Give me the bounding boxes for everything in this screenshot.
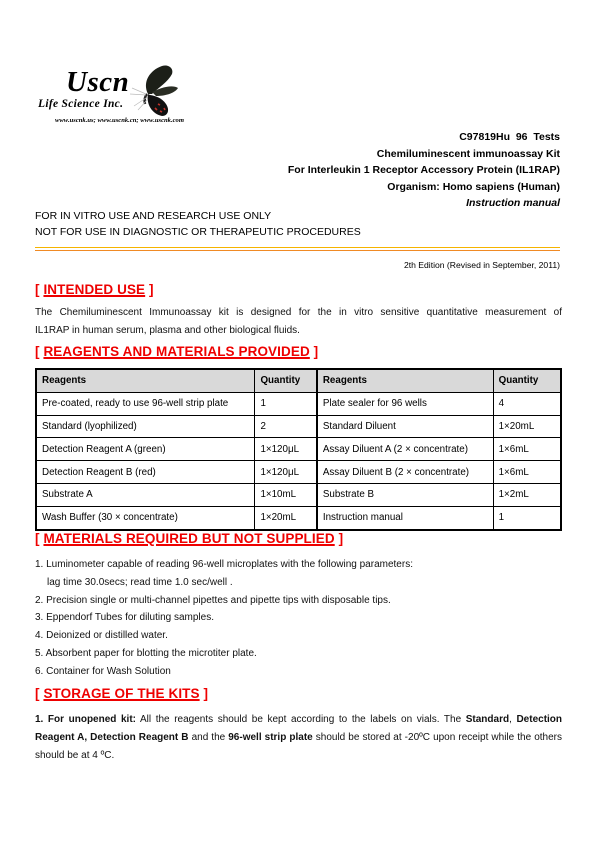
logo-wordmark: Uscn (66, 66, 129, 99)
quantity-cell: 1×20mL (255, 506, 317, 529)
table-header-row: Reagents Quantity Reagents Quantity (36, 369, 561, 392)
section-heading-materials: [ MATERIALS REQUIRED BUT NOT SUPPLIED ] (35, 531, 343, 546)
table-row: Detection Reagent A (green)1×120μLAssay … (36, 438, 561, 461)
logo-urls: www.uscnk.us; www.uscnk.cn; www.uscnk.co… (55, 117, 184, 124)
table-row: Wash Buffer (30 × concentrate)1×20mLInst… (36, 506, 561, 529)
divider-bottom (35, 250, 560, 251)
section-heading-reagents: [ REAGENTS AND MATERIALS PROVIDED ] (35, 344, 318, 359)
quantity-cell: 1×120μL (255, 461, 317, 484)
disclaimer: FOR IN VITRO USE AND RESEARCH USE ONLY N… (35, 209, 361, 240)
section-heading-intended-use: [ INTENDED USE ] (35, 282, 154, 297)
reagent-name-cell: Assay Diluent B (2 × concentrate) (317, 461, 493, 484)
logo-subtitle: Life Science Inc. (38, 98, 123, 110)
table-row: Detection Reagent B (red)1×120μLAssay Di… (36, 461, 561, 484)
reagent-name-cell: Pre-coated, ready to use 96-well strip p… (36, 392, 255, 415)
reagent-name-cell: Plate sealer for 96 wells (317, 392, 493, 415)
quantity-cell: 2 (255, 415, 317, 438)
reagents-table: Reagents Quantity Reagents Quantity Pre-… (35, 368, 562, 531)
reagent-name-cell: Detection Reagent B (red) (36, 461, 255, 484)
disclaimer-line-1: FOR IN VITRO USE AND RESEARCH USE ONLY (35, 209, 361, 225)
reagent-name-cell: Detection Reagent A (green) (36, 438, 255, 461)
list-item: 2. Precision single or multi-channel pip… (35, 592, 413, 610)
quantity-cell: 1 (493, 506, 561, 529)
quantity-cell: 1×10mL (255, 483, 317, 506)
disclaimer-line-2: NOT FOR USE IN DIAGNOSTIC OR THERAPEUTIC… (35, 225, 361, 241)
divider-top (35, 247, 560, 248)
reagent-name-cell: Standard Diluent (317, 415, 493, 438)
quantity-cell: 4 (493, 392, 561, 415)
reagent-name-cell: Instruction manual (317, 506, 493, 529)
table-row: Pre-coated, ready to use 96-well strip p… (36, 392, 561, 415)
kit-organism: Organism: Homo sapiens (Human) (288, 179, 560, 196)
section-heading-storage: [ STORAGE OF THE KITS ] (35, 686, 208, 701)
kit-type: Chemiluminescent immunoassay Kit (288, 146, 560, 163)
quantity-cell: 1×2mL (493, 483, 561, 506)
reagent-name-cell: Assay Diluent A (2 × concentrate) (317, 438, 493, 461)
table-row: Substrate A1×10mLSubstrate B1×2mL (36, 483, 561, 506)
reagent-name-cell: Wash Buffer (30 × concentrate) (36, 506, 255, 529)
list-item: 3. Eppendorf Tubes for diluting samples. (35, 609, 413, 627)
list-item: lag time 30.0secs; read time 1.0 sec/wel… (35, 574, 413, 592)
quantity-cell: 1×120μL (255, 438, 317, 461)
quantity-cell: 1×6mL (493, 461, 561, 484)
quantity-cell: 1×6mL (493, 438, 561, 461)
kit-header: C97819Hu 96 Tests Chemiluminescent immun… (288, 129, 560, 212)
column-header: Reagents (36, 369, 255, 392)
quantity-cell: 1×20mL (493, 415, 561, 438)
reagent-name-cell: Substrate B (317, 483, 493, 506)
column-header: Quantity (255, 369, 317, 392)
materials-list: 1. Luminometer capable of reading 96-wel… (35, 556, 413, 681)
reagent-name-cell: Substrate A (36, 483, 255, 506)
catalog-number: C97819Hu 96 Tests (288, 129, 560, 146)
quantity-cell: 1 (255, 392, 317, 415)
list-item: 5. Absorbent paper for blotting the micr… (35, 645, 413, 663)
column-header: Reagents (317, 369, 493, 392)
list-item: 6. Container for Wash Solution (35, 663, 413, 681)
list-item: 4. Deionized or distilled water. (35, 627, 413, 645)
table-row: Standard (lyophilized)2Standard Diluent1… (36, 415, 561, 438)
butterfly-icon (128, 64, 180, 118)
column-header: Quantity (493, 369, 561, 392)
kit-target: For Interleukin 1 Receptor Accessory Pro… (288, 162, 560, 179)
reagent-name-cell: Standard (lyophilized) (36, 415, 255, 438)
list-item: 1. Luminometer capable of reading 96-wel… (35, 556, 413, 574)
edition-note: 2th Edition (Revised in September, 2011) (404, 260, 560, 270)
storage-text: 1. For unopened kit: All the reagents sh… (35, 711, 562, 765)
intended-use-text: The Chemiluminescent Immunoassay kit is … (35, 304, 562, 339)
